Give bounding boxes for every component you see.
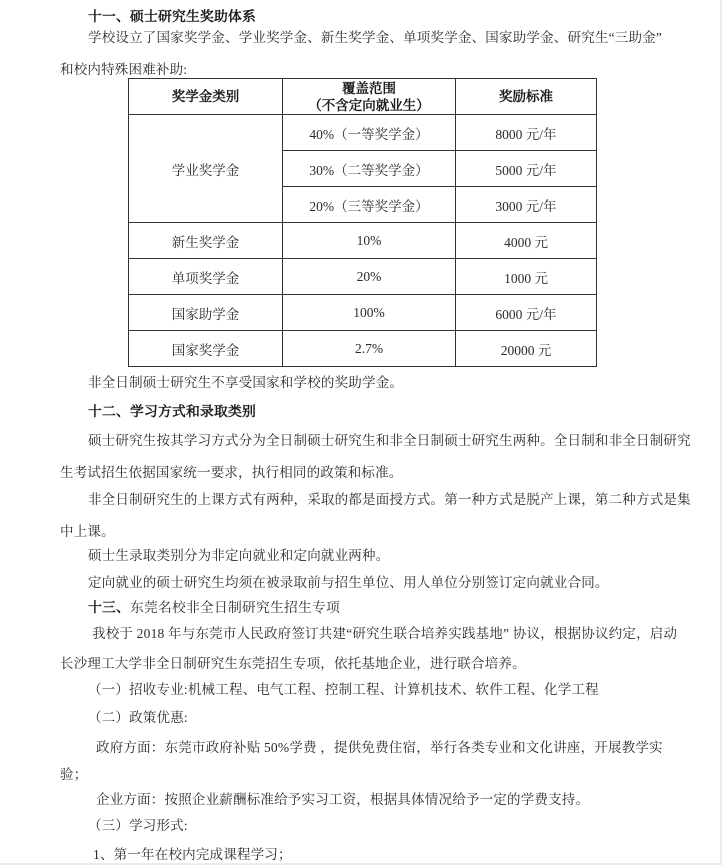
cell-standard: 4000 元 (456, 223, 597, 259)
section-11-intro: 学校设立了国家奖学金、学业奖学金、新生奖学金、单项奖学金、国家助学金、研究生“三… (60, 22, 692, 86)
table-note: 非全日制硕士研究生不享受国家和学校的奖助学金。 (60, 368, 692, 398)
table-header-row: 奖学金类别 覆盖范围 （不含定向就业生） 奖励标准 (129, 79, 597, 115)
cell-category: 新生奖学金 (129, 223, 283, 259)
scholarship-table: 奖学金类别 覆盖范围 （不含定向就业生） 奖励标准 学业奖学金 40%（一等奖学… (128, 78, 597, 367)
cell-coverage: 30%（二等奖学金） (283, 151, 456, 187)
table-row: 国家奖学金 2.7% 20000 元 (129, 331, 597, 367)
cell-standard: 1000 元 (456, 259, 597, 295)
section-13-item-majors: （一）招收专业:机械工程、电气工程、控制工程、计算机技术、软件工程、化学工程 (60, 675, 692, 705)
section-12-paragraph: 非全日制研究生的上课方式有两种，采取的都是面授方式。第一种方式是脱产上课，第二种… (60, 484, 692, 548)
section-13-government-detail: 政府方面：东莞市政府补贴 50%学费 ，提供免费住宿，举行各类专业和文化讲座，开… (60, 734, 692, 788)
cell-coverage: 40%（一等奖学金） (283, 115, 456, 151)
cell-standard: 20000 元 (456, 331, 597, 367)
cell-standard: 6000 元/年 (456, 295, 597, 331)
col-header-category: 奖学金类别 (129, 79, 283, 115)
cell-category: 学业奖学金 (129, 115, 283, 223)
section-12-paragraph: 硕士研究生按其学习方式分为全日制硕士研究生和非全日制硕士研究生两种。全日制和非全… (60, 425, 692, 489)
cell-category: 单项奖学金 (129, 259, 283, 295)
cell-standard: 8000 元/年 (456, 115, 597, 151)
section-13-item-study-form: （三）学习形式: (60, 811, 692, 841)
cell-standard: 3000 元/年 (456, 187, 597, 223)
document-page: 十一、硕士研究生奖助体系 学校设立了国家奖学金、学业奖学金、新生奖学金、单项奖学… (0, 0, 722, 865)
cell-category: 国家奖学金 (129, 331, 283, 367)
table-row: 学业奖学金 40%（一等奖学金） 8000 元/年 (129, 115, 597, 151)
cell-coverage: 20%（三等奖学金） (283, 187, 456, 223)
cell-coverage: 10% (283, 223, 456, 259)
section-13-paragraph: 我校于 2018 年与东莞市人民政府签订共建“研究生联合培养实践基地” 协议，根… (60, 619, 692, 679)
section-13-study-step-1: 1、第一年在校内完成课程学习； (60, 840, 692, 865)
section-13-item-policy: （二）政策优惠: (60, 703, 692, 733)
cell-coverage: 2.7% (283, 331, 456, 367)
cell-standard: 5000 元/年 (456, 151, 597, 187)
section-12-heading: 十二、学习方式和录取类别 (60, 397, 692, 427)
section-13-number: 十三、 (88, 600, 130, 615)
col-header-standard: 奖励标准 (456, 79, 597, 115)
cell-category: 国家助学金 (129, 295, 283, 331)
section-12-paragraph: 硕士生录取类别分为非定向就业和定向就业两种。 (60, 541, 692, 571)
table-row: 单项奖学金 20% 1000 元 (129, 259, 597, 295)
cell-coverage: 20% (283, 259, 456, 295)
table-row: 新生奖学金 10% 4000 元 (129, 223, 597, 259)
section-13-title: 东莞名校非全日制研究生招生专项 (130, 600, 340, 615)
table-row: 国家助学金 100% 6000 元/年 (129, 295, 597, 331)
col-header-coverage: 覆盖范围 （不含定向就业生） (283, 79, 456, 115)
cell-coverage: 100% (283, 295, 456, 331)
